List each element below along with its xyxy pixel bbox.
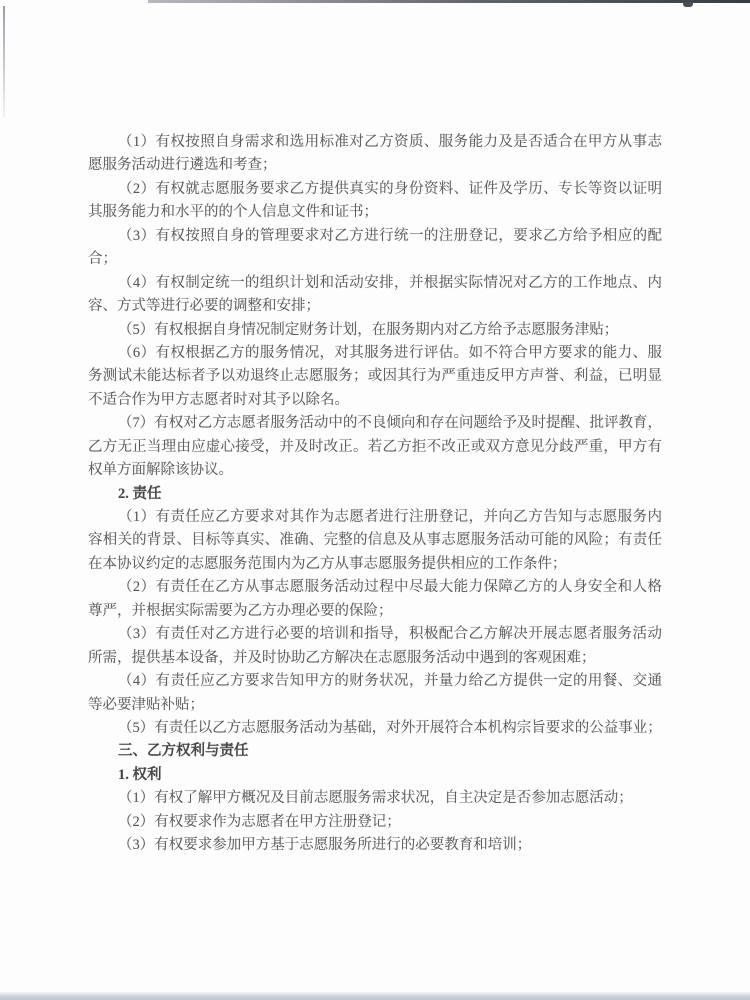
- text-line: （2）有权要求作为志愿者在甲方注册登记；: [88, 811, 662, 834]
- section-heading: 三、乙方权利与责任: [88, 740, 662, 763]
- text-line: 其服务能力和水平的的个人信息文件和证书；: [88, 201, 662, 224]
- text-line: 愿服务活动进行遴选和考查；: [88, 154, 662, 177]
- scan-left-edge: [3, 6, 5, 118]
- scanned-page: （1）有权按照自身需求和选用标准对乙方资质、服务能力及是否适合在甲方从事志愿服务…: [0, 0, 750, 1000]
- text-line: （5）有权根据自身情况制定财务计划，在服务期内对乙方给予志愿服务津贴；: [88, 319, 662, 342]
- section-heading: 2. 责任: [88, 483, 662, 506]
- scan-top-notch: [683, 2, 693, 7]
- text-line: （7）有权对乙方志愿者服务活动中的不良倾向和存在问题给予及时提醒、批评教育，: [88, 412, 662, 435]
- text-line: 所需，提供基本设备，并及时协助乙方解决在志愿服务活动中遇到的客观困难；: [88, 647, 662, 670]
- section-heading: 1. 权利: [88, 764, 662, 787]
- text-line: （3）有权按照自身的管理要求对乙方进行统一的注册登记，要求乙方给予相应的配: [88, 225, 662, 248]
- document-body: （1）有权按照自身需求和选用标准对乙方资质、服务能力及是否适合在甲方从事志愿服务…: [88, 131, 662, 858]
- text-line: 权单方面解除该协议。: [88, 459, 662, 482]
- scan-bottom-edge: [0, 992, 750, 1000]
- text-line: （4）有责任应乙方要求告知甲方的财务状况，并量力给乙方提供一定的用餐、交通: [88, 670, 662, 693]
- text-line: （5）有责任以乙方志愿服务活动为基础，对外开展符合本机构宗旨要求的公益事业；: [88, 717, 662, 740]
- text-line: 容、方式等进行必要的调整和安排；: [88, 295, 662, 318]
- text-line: 务测试未能达标者予以劝退终止志愿服务；或因其行为严重违反甲方声誉、利益，已明显: [88, 365, 662, 388]
- scan-top-edge: [148, 0, 750, 3]
- text-line: （1）有权了解甲方概况及目前志愿服务需求状况，自主决定是否参加志愿活动；: [88, 787, 662, 810]
- text-line: （6）有权根据乙方的服务情况，对其服务进行评估。如不符合甲方要求的能力、服: [88, 342, 662, 365]
- text-line: 尊严，并根据实际需要为乙方办理必要的保险；: [88, 600, 662, 623]
- text-line: 合；: [88, 248, 662, 271]
- text-line: （1）有权按照自身需求和选用标准对乙方资质、服务能力及是否适合在甲方从事志: [88, 131, 662, 154]
- text-line: （2）有责任在乙方从事志愿服务活动过程中尽最大能力保障乙方的人身安全和人格: [88, 576, 662, 599]
- text-line: （3）有权要求参加甲方基于志愿服务所进行的必要教育和培训；: [88, 834, 662, 857]
- text-line: 不适合作为甲方志愿者时对其予以除名。: [88, 389, 662, 412]
- text-line: （3）有责任对乙方进行必要的培训和指导，积极配合乙方解决开展志愿者服务活动: [88, 623, 662, 646]
- text-line: （4）有权制定统一的组织计划和活动安排，并根据实际情况对乙方的工作地点、内: [88, 272, 662, 295]
- text-line: （2）有权就志愿服务要求乙方提供真实的身份资料、证件及学历、专长等资以证明: [88, 178, 662, 201]
- text-line: 容相关的背景、目标等真实、准确、完整的信息及从事志愿服务活动可能的风险；有责任: [88, 529, 662, 552]
- text-line: 乙方无正当理由应虚心接受，并及时改正。若乙方拒不改正或双方意见分歧严重，甲方有: [88, 436, 662, 459]
- text-line: 等必要津贴补贴；: [88, 694, 662, 717]
- text-line: （1）有责任应乙方要求对其作为志愿者进行注册登记，并向乙方告知与志愿服务内: [88, 506, 662, 529]
- text-line: 在本协议约定的志愿服务范围内为乙方从事志愿服务提供相应的工作条件；: [88, 553, 662, 576]
